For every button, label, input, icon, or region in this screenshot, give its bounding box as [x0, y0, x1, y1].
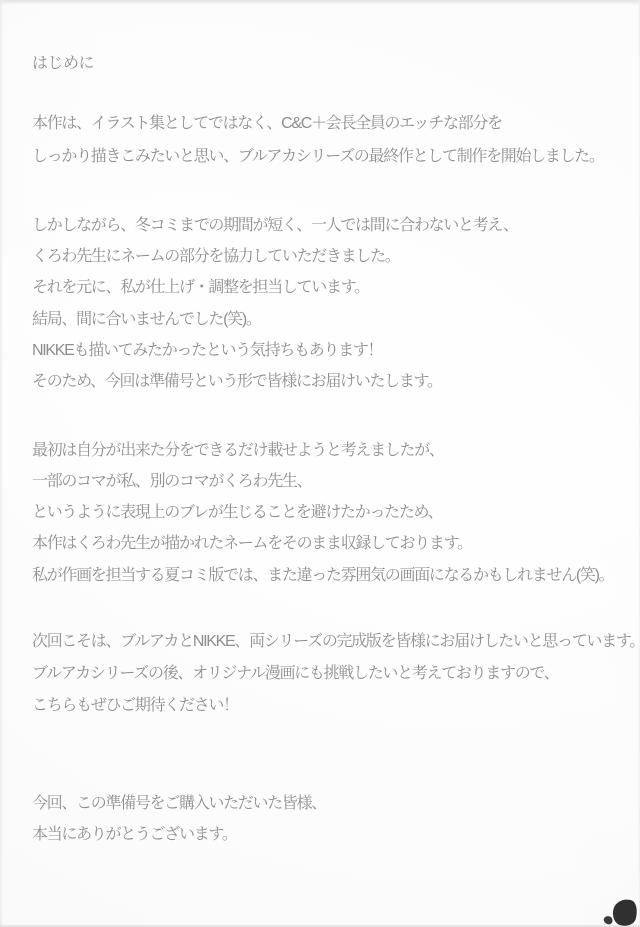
text-line: くろわ先生にネームの部分を協力していただきました。 — [32, 243, 400, 266]
text-line: 結局、間に合いませんでした(笑)。 — [32, 306, 261, 329]
text-line: そのため、今回は準備号という形で皆様にお届けいたします。 — [32, 368, 442, 391]
text-line: 本作はくろわ先生が描かれたネームをそのまま収録しております。 — [32, 530, 472, 553]
text-line: 今回、この準備号をご購入いただいた皆様、 — [32, 790, 326, 813]
page-title: はじめに — [32, 50, 94, 73]
text-line: しかしながら、冬コミまでの期間が短く、一人では間に合わないと考え、 — [32, 212, 518, 235]
afterword-page: はじめに 本作は、イラスト集としてではなく、C&C＋会長全員のエッチな部分を し… — [0, 0, 640, 927]
text-line: 私が作画を担当する夏コミ版では、また違った雰囲気の画面になるかもしれません(笑)… — [32, 562, 613, 585]
text-line: NIKKEも描いてみたかったという気持ちもあります！ — [32, 337, 382, 360]
text-line: それを元に、私が仕上げ・調整を担当しています。 — [32, 274, 369, 297]
scan-edge-left — [0, 0, 3, 927]
text-line: 最初は自分が出来た分をできるだけ載せようと考えましたが、 — [32, 437, 444, 460]
text-line: 次回こそは、ブルアカとNIKKE、両シリーズの完成版を皆様にお届けしたいと思って… — [32, 628, 640, 651]
text-line: 本作は、イラスト集としてではなく、C&C＋会長全員のエッチな部分を — [32, 110, 502, 133]
text-line: ブルアカシリーズの後、オリジナル漫画にも挑戦したいと考えておりますので、 — [32, 660, 558, 683]
text-line: しっかり描きこみたいと思い、ブルアカシリーズの最終作として制作を開始しました。 — [32, 143, 604, 166]
text-line: こちらもぜひご期待ください！ — [32, 692, 238, 715]
scan-edge-top — [0, 0, 640, 5]
ink-smudge-mark — [610, 896, 640, 927]
text-line: 一部のコマが私、別のコマがくろわ先生、 — [32, 468, 311, 491]
text-line: 本当にありがとうございます。 — [32, 821, 237, 844]
text-line: というように表現上のブレが生じることを避けたかったため、 — [32, 499, 442, 522]
